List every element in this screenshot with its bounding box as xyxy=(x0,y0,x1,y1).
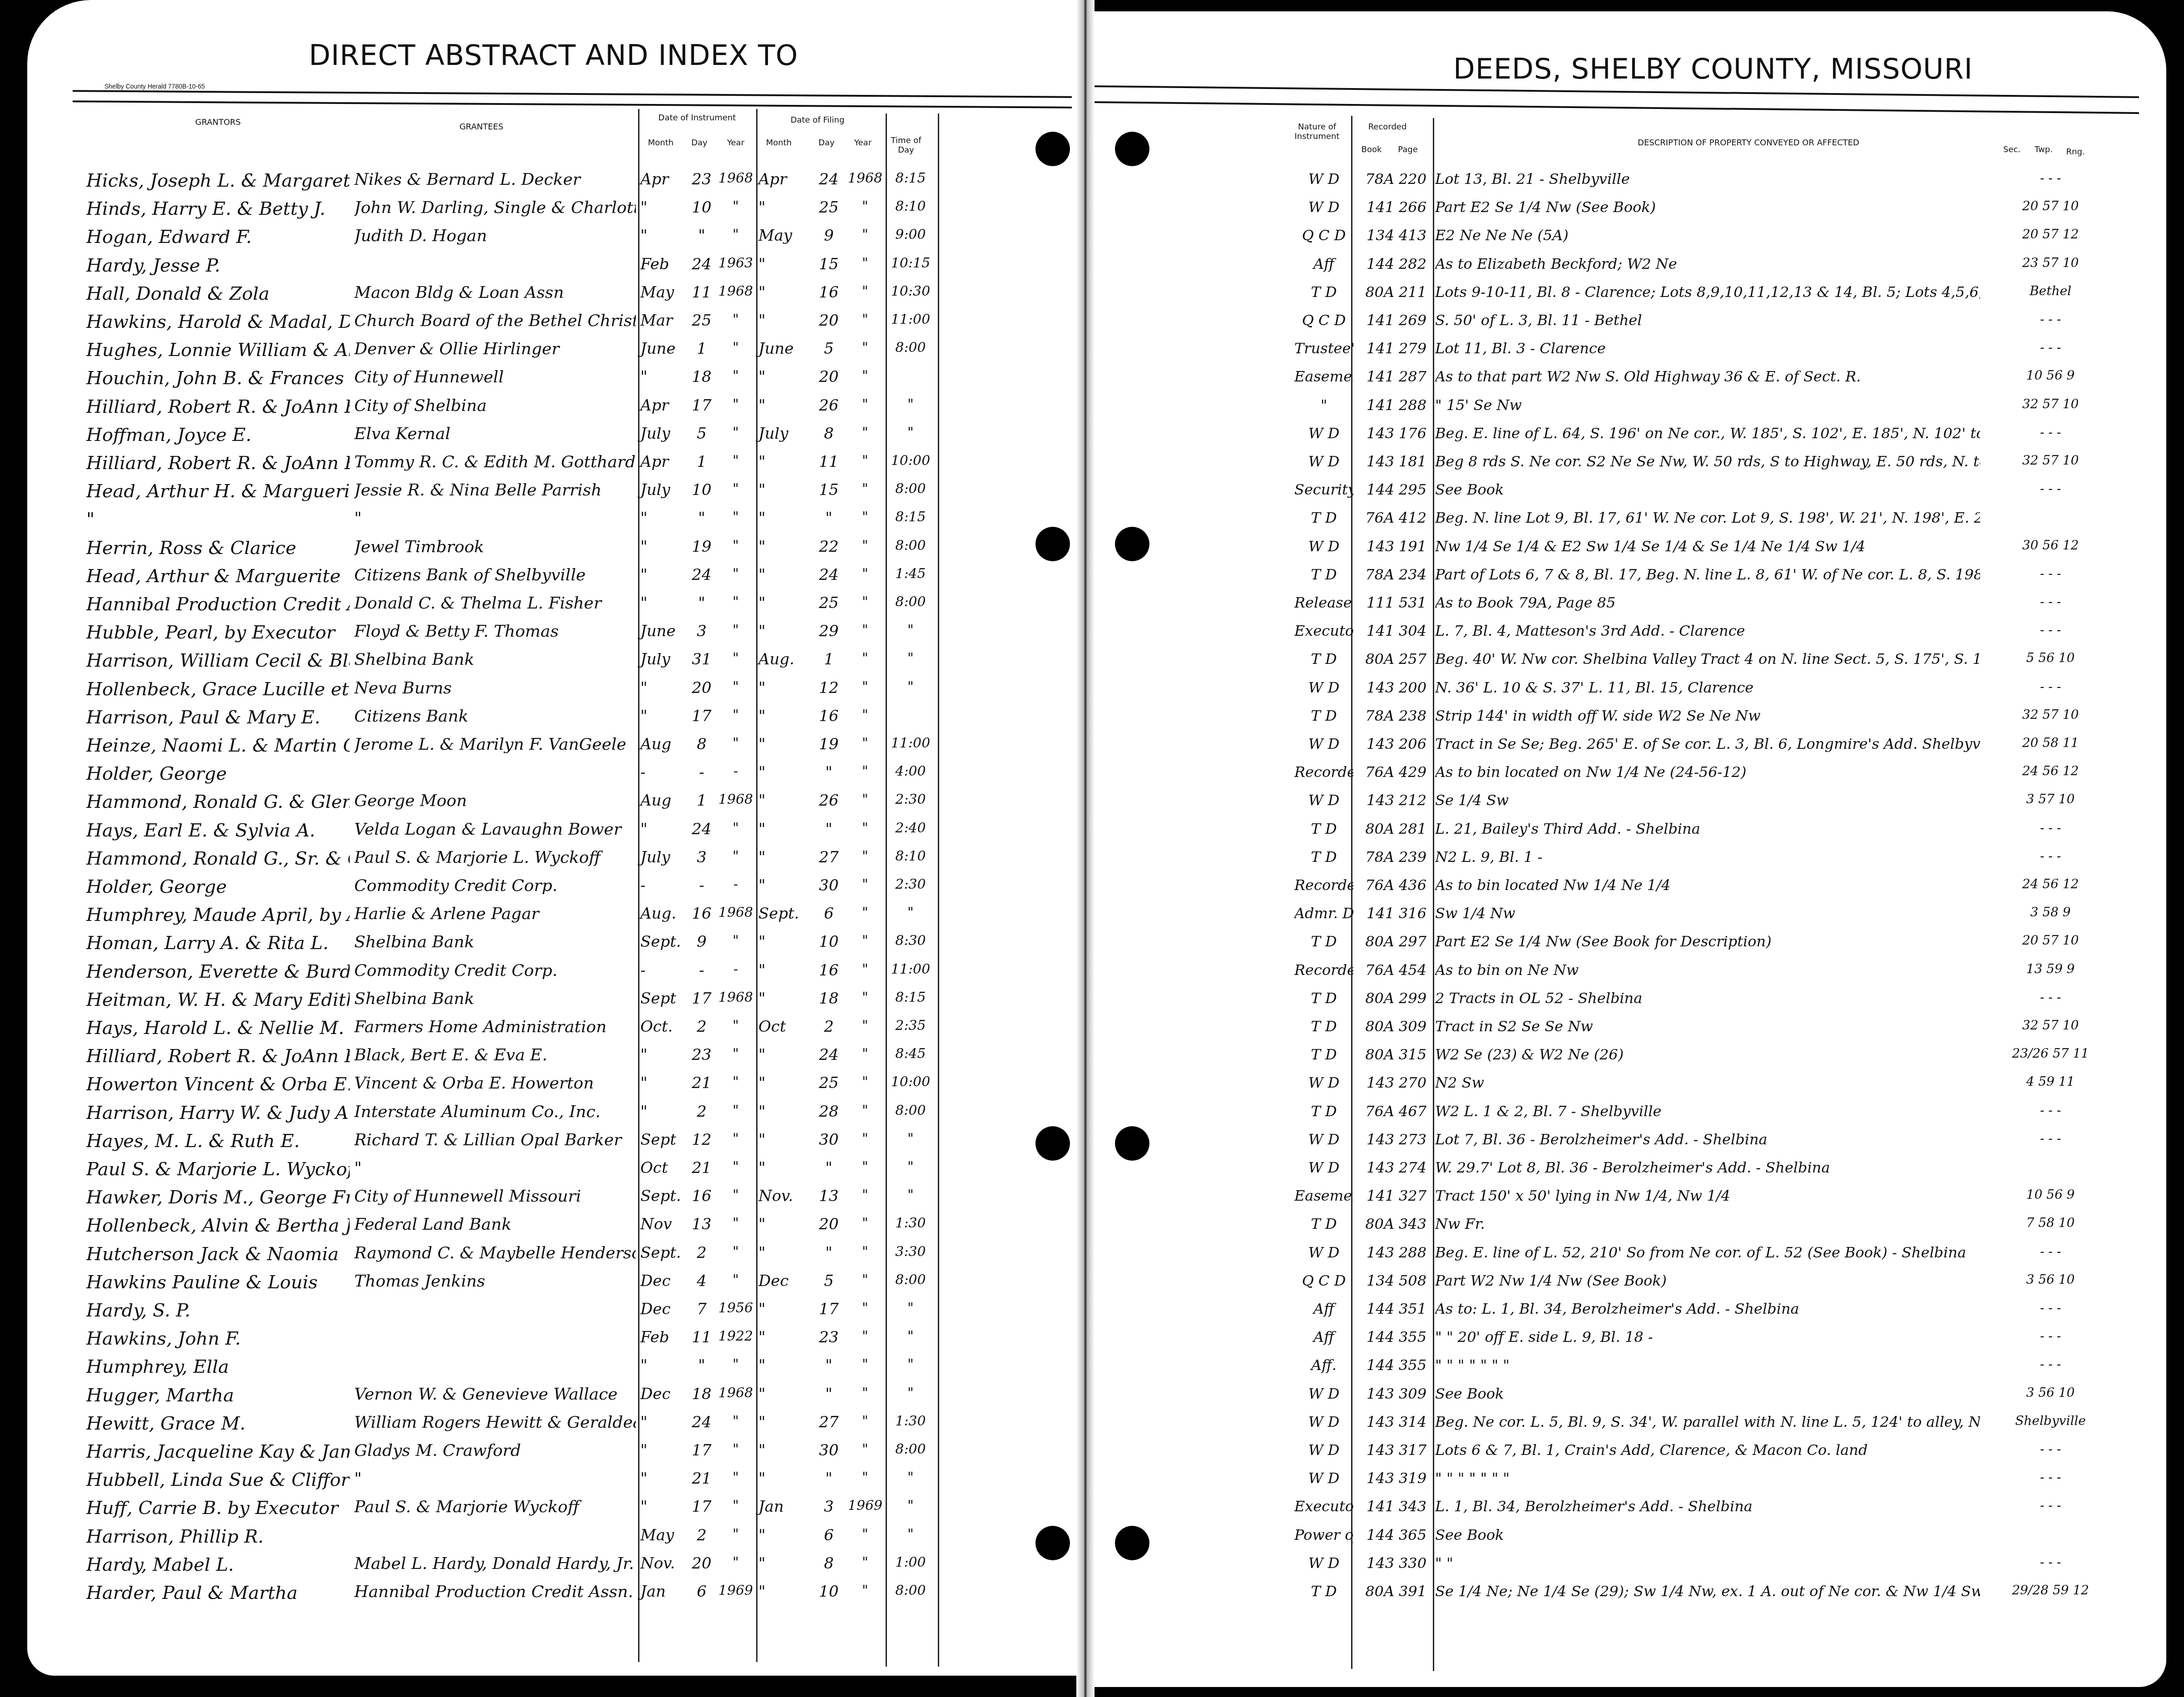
sec-twp-rng-cell: - - - xyxy=(1994,594,2107,609)
book-cell: 134 xyxy=(1356,227,1394,244)
instrument-year-cell: " xyxy=(718,679,754,695)
grantor-cell: Paul S. & Marjorie L. Wyckoff xyxy=(86,1159,350,1180)
filing-month-cell: Aug. xyxy=(758,650,808,668)
page-cell: 279 xyxy=(1399,340,1431,357)
filing-day-cell: 23 xyxy=(813,1328,845,1346)
instrument-month-cell: Feb xyxy=(640,255,681,273)
instrument-month-cell: - xyxy=(640,763,681,782)
grantee-cell: Black, Bert E. & Eva E. xyxy=(354,1046,636,1064)
book-cell: 143 xyxy=(1356,1074,1394,1091)
instrument-year-cell: " xyxy=(718,509,754,525)
filing-year-cell: " xyxy=(847,1328,883,1344)
time-of-day-cell: 10:00 xyxy=(888,1074,933,1090)
book-cell: 80A xyxy=(1356,1046,1394,1063)
instrument-day-cell: 1 xyxy=(686,792,718,810)
grantor-cell: Howerton Vincent & Orba E. xyxy=(86,1074,350,1095)
grantor-cell: Hardy, Jesse P. xyxy=(86,255,350,276)
grantee-cell: Commodity Credit Corp. xyxy=(354,876,636,895)
binder-hole xyxy=(1115,1526,1149,1560)
grantee-cell: Floyd & Betty F. Thomas xyxy=(354,622,636,641)
grantor-cell: Head, Arthur H. & Marguerite xyxy=(86,481,350,502)
instrument-year-cell: " xyxy=(718,1131,754,1147)
instrument-month-cell: - xyxy=(640,876,681,895)
grantor-cell: Hilliard, Robert R. & JoAnn E. xyxy=(86,453,350,474)
page-cell: 314 xyxy=(1399,1413,1431,1430)
nature-of-instrument-cell: T D xyxy=(1294,509,1353,526)
time-of-day-cell: 2:30 xyxy=(888,792,933,807)
filing-month-cell: " xyxy=(758,538,808,556)
description-cell: As to bin located on Nw 1/4 Ne (24-56-12… xyxy=(1435,763,1980,781)
time-of-day-cell: 8:45 xyxy=(888,1046,933,1062)
filing-year-cell: " xyxy=(847,368,883,384)
col-filing-day: Day xyxy=(813,139,840,148)
grantor-cell: Hollenbeck, Alvin & Bertha Jane xyxy=(86,1215,350,1236)
description-cell: Beg. Ne cor. L. 5, Bl. 9, S. 34', W. par… xyxy=(1435,1413,1980,1430)
filing-day-cell: 9 xyxy=(813,227,845,245)
time-of-day-cell: 8:00 xyxy=(888,1103,933,1118)
book-cell: 141 xyxy=(1356,198,1394,216)
book-cell: 144 xyxy=(1356,1300,1394,1317)
grantor-cell: Hollenbeck, Grace Lucille et al xyxy=(86,679,350,700)
nature-of-instrument-cell: T D xyxy=(1294,1046,1353,1063)
sec-twp-rng-cell: - - - xyxy=(1994,990,2107,1004)
page-cell: 454 xyxy=(1399,961,1431,979)
nature-of-instrument-cell: Easement xyxy=(1294,1187,1353,1204)
sec-twp-rng-cell: - - - xyxy=(1994,1300,2107,1315)
filing-month-cell: " xyxy=(758,707,808,725)
instrument-month-cell: Sept xyxy=(640,1131,681,1149)
description-cell: 2 Tracts in OL 52 - Shelbina xyxy=(1435,990,1980,1007)
description-cell: Lot 11, Bl. 3 - Clarence xyxy=(1435,340,1980,357)
time-of-day-cell: 1:00 xyxy=(888,1554,933,1570)
filing-day-cell: 24 xyxy=(813,1046,845,1064)
grantee-cell: Jerome L. & Marilyn F. VanGeele xyxy=(354,735,636,754)
filing-year-cell: " xyxy=(847,594,883,610)
page-cell: 412 xyxy=(1399,509,1431,526)
filing-day-cell: 15 xyxy=(813,481,845,499)
nature-of-instrument-cell: T D xyxy=(1294,707,1353,724)
grantee-cell: Richard T. & Lillian Opal Barker xyxy=(354,1131,636,1149)
filing-day-cell: 24 xyxy=(813,170,845,188)
page-cell: 220 xyxy=(1399,170,1431,188)
instrument-day-cell: 10 xyxy=(686,481,718,499)
description-cell: Beg. 40' W. Nw cor. Shelbina Valley Trac… xyxy=(1435,650,1980,668)
filing-year-cell: " xyxy=(847,1469,883,1485)
filing-month-cell: " xyxy=(758,679,808,697)
instrument-day-cell: 13 xyxy=(686,1215,718,1233)
grantee-cell: Vernon W. & Genevieve Wallace xyxy=(354,1385,636,1404)
filing-month-cell: July xyxy=(758,425,808,443)
grantee-cell: Velda Logan & Lavaughn Bower xyxy=(354,820,636,839)
instrument-year-cell: 1956 xyxy=(718,1300,754,1316)
nature-of-instrument-cell: T D xyxy=(1294,566,1353,583)
filing-day-cell: 27 xyxy=(813,1413,845,1431)
filing-year-cell: " xyxy=(847,1215,883,1231)
filing-year-cell: " xyxy=(847,198,883,214)
instrument-year-cell: 1968 xyxy=(718,792,754,807)
filing-day-cell: 17 xyxy=(813,1300,845,1318)
page-cell: 274 xyxy=(1399,1159,1431,1176)
instrument-year-cell: " xyxy=(718,933,754,949)
filing-month-cell: " xyxy=(758,1103,808,1121)
nature-of-instrument-cell: Admr. Deed xyxy=(1294,905,1353,922)
nature-of-instrument-cell: Aff xyxy=(1294,255,1353,272)
sec-twp-rng-cell: 5 56 10 xyxy=(1994,650,2107,665)
book-cell: 144 xyxy=(1356,255,1394,272)
grantee-cell: Nikes & Bernard L. Decker xyxy=(354,170,636,189)
page-cell: 351 xyxy=(1399,1300,1431,1317)
grantee-cell: Interstate Aluminum Co., Inc. xyxy=(354,1103,636,1121)
grantor-cell: Hammond, Ronald G., Sr. & Glenda xyxy=(86,848,350,869)
filing-month-cell: " xyxy=(758,1385,808,1403)
time-of-day-cell: 10:30 xyxy=(888,283,933,299)
grantee-cell: " xyxy=(354,1159,636,1178)
page-cell: 355 xyxy=(1399,1356,1431,1374)
instrument-year-cell: " xyxy=(718,227,754,242)
nature-of-instrument-cell: Aff xyxy=(1294,1328,1353,1346)
filing-day-cell: 8 xyxy=(813,425,845,443)
instrument-month-cell: July xyxy=(640,481,681,499)
instrument-year-cell: " xyxy=(718,566,754,582)
filing-year-cell: " xyxy=(847,820,883,836)
sec-twp-rng-cell: 4 59 11 xyxy=(1994,1074,2107,1089)
page-cell: 467 xyxy=(1399,1103,1431,1120)
book-cell: 143 xyxy=(1356,679,1394,696)
instrument-year-cell: " xyxy=(718,1356,754,1372)
description-cell: Lot 13, Bl. 21 - Shelbyville xyxy=(1435,170,1980,188)
description-cell: " " 20' off E. side L. 9, Bl. 18 - xyxy=(1435,1328,1980,1346)
time-of-day-cell: 2:40 xyxy=(888,820,933,836)
instrument-month-cell: " xyxy=(640,1074,681,1092)
time-of-day-cell: 4:00 xyxy=(888,763,933,779)
time-of-day-cell: 10:15 xyxy=(888,255,933,271)
filing-year-cell: " xyxy=(847,312,883,327)
book-cell: 143 xyxy=(1356,453,1394,470)
filing-month-cell: " xyxy=(758,1554,808,1573)
filing-month-cell: " xyxy=(758,990,808,1008)
book-cell: 76A xyxy=(1356,961,1394,979)
page-cell: 327 xyxy=(1399,1187,1431,1204)
grantee-cell: Denver & Ollie Hirlinger xyxy=(354,340,636,358)
sec-twp-rng-cell: 3 56 10 xyxy=(1994,1272,2107,1287)
instrument-day-cell: - xyxy=(686,763,718,782)
page-cell: 304 xyxy=(1399,622,1431,639)
description-cell: As to Book 79A, Page 85 xyxy=(1435,594,1980,611)
col-date-of-instrument: Date of Instrument xyxy=(640,114,754,123)
page-cell: 282 xyxy=(1399,255,1431,272)
instrument-day-cell: 17 xyxy=(686,990,718,1008)
instrument-month-cell: " xyxy=(640,1413,681,1431)
time-of-day-cell: " xyxy=(888,679,933,695)
instrument-day-cell: 12 xyxy=(686,1131,718,1149)
filing-month-cell: " xyxy=(758,622,808,640)
description-cell: See Book xyxy=(1435,1526,1980,1544)
filing-month-cell: " xyxy=(758,312,808,330)
col-date-of-filing: Date of Filing xyxy=(758,116,877,125)
filing-year-cell: " xyxy=(847,566,883,582)
grantee-cell: Vincent & Orba E. Howerton xyxy=(354,1074,636,1093)
page-cell: 299 xyxy=(1399,990,1431,1007)
filing-day-cell: 20 xyxy=(813,312,845,330)
filing-day-cell: " xyxy=(813,509,845,527)
grantor-cell: Hicks, Joseph L. & Margaret xyxy=(86,170,350,191)
filing-day-cell: 11 xyxy=(813,453,845,471)
grantee-cell: Shelbina Bank xyxy=(354,650,636,669)
nature-of-instrument-cell: Q C D xyxy=(1294,227,1353,244)
col-page: Page xyxy=(1392,145,1424,155)
column-divider xyxy=(886,114,887,1667)
instrument-month-cell: Apr xyxy=(640,453,681,471)
grantor-cell: Hardy, Mabel L. xyxy=(86,1554,350,1575)
nature-of-instrument-cell: Q C D xyxy=(1294,312,1353,329)
instrument-day-cell: 23 xyxy=(686,1046,718,1064)
filing-month-cell: June xyxy=(758,340,808,358)
filing-year-cell: " xyxy=(847,1526,883,1542)
instrument-year-cell: 1922 xyxy=(718,1328,754,1344)
filing-year-cell: " xyxy=(847,1413,883,1429)
instrument-year-cell: " xyxy=(718,340,754,356)
nature-of-instrument-cell: W D xyxy=(1294,170,1353,188)
filing-month-cell: " xyxy=(758,848,808,866)
filing-year-cell: 1968 xyxy=(847,170,883,186)
filing-month-cell: " xyxy=(758,1244,808,1262)
description-cell: Beg. N. line Lot 9, Bl. 17, 61' W. Ne co… xyxy=(1435,509,1980,526)
page-cell: 309 xyxy=(1399,1018,1431,1035)
description-cell: Se 1/4 Ne; Ne 1/4 Se (29); Sw 1/4 Nw, ex… xyxy=(1435,1583,1980,1600)
filing-month-cell: " xyxy=(758,735,808,753)
description-cell: Part W2 Nw 1/4 Nw (See Book) xyxy=(1435,1272,1980,1289)
book-cell: 141 xyxy=(1356,340,1394,357)
sec-twp-rng-cell: 7 58 10 xyxy=(1994,1215,2107,1230)
page-cell: 269 xyxy=(1399,312,1431,329)
time-of-day-cell: 2:30 xyxy=(888,876,933,892)
sec-twp-rng-cell: - - - xyxy=(1994,679,2107,694)
filing-month-cell: " xyxy=(758,1328,808,1346)
time-of-day-cell: 8:15 xyxy=(888,170,933,186)
col-nature-of-instrument: Nature of Instrument xyxy=(1288,123,1347,141)
grantor-cell: Hughes, Lonnie William & Alma A., by Tru… xyxy=(86,340,350,361)
instrument-day-cell: 2 xyxy=(686,1526,718,1544)
instrument-day-cell: 3 xyxy=(686,848,718,866)
description-cell: Part E2 Se 1/4 Nw (See Book for Descript… xyxy=(1435,933,1980,950)
book-cell: 134 xyxy=(1356,1272,1394,1289)
grantor-cell: Henderson, Everette & Burdette xyxy=(86,961,350,982)
instrument-day-cell: " xyxy=(686,1356,718,1375)
grantor-cell: Hewitt, Grace M. xyxy=(86,1413,350,1434)
description-cell: L. 7, Bl. 4, Matteson's 3rd Add. - Clare… xyxy=(1435,622,1980,639)
filing-month-cell: " xyxy=(758,1413,808,1431)
grantor-cell: Heinze, Naomi L. & Martin C. xyxy=(86,735,350,756)
filing-month-cell: May xyxy=(758,227,808,245)
grantor-cell: Hannibal Production Credit Assn xyxy=(86,594,350,615)
instrument-month-cell: July xyxy=(640,650,681,668)
instrument-month-cell: Oct xyxy=(640,1159,681,1177)
grantee-cell: Hannibal Production Credit Assn. xyxy=(354,1583,636,1601)
instrument-day-cell: 10 xyxy=(686,198,718,217)
instrument-month-cell: Dec xyxy=(640,1385,681,1403)
book-cell: 141 xyxy=(1356,1187,1394,1204)
binder-hole xyxy=(1035,1526,1070,1560)
instrument-year-cell: 1968 xyxy=(718,1385,754,1401)
sec-twp-rng-cell: 32 57 10 xyxy=(1994,1018,2107,1033)
nature-of-instrument-cell: T D xyxy=(1294,1215,1353,1232)
instrument-year-cell: " xyxy=(718,1554,754,1570)
time-of-day-cell: 8:00 xyxy=(888,1272,933,1288)
grantor-cell: Hubble, Pearl, by Executor xyxy=(86,622,350,643)
nature-of-instrument-cell: Aff. xyxy=(1294,1356,1353,1374)
instrument-year-cell: " xyxy=(718,538,754,554)
nature-of-instrument-cell: Aff xyxy=(1294,1300,1353,1317)
sec-twp-rng-cell: 30 56 12 xyxy=(1994,538,2107,553)
description-cell: L. 21, Bailey's Third Add. - Shelbina xyxy=(1435,820,1980,837)
instrument-day-cell: " xyxy=(686,509,718,527)
grantee-cell: Church Board of the Bethel Christian Chu… xyxy=(354,312,636,330)
instrument-month-cell: " xyxy=(640,707,681,725)
filing-year-cell: " xyxy=(847,1046,883,1062)
instrument-month-cell: " xyxy=(640,227,681,245)
description-cell: Lots 6 & 7, Bl. 1, Crain's Add, Clarence… xyxy=(1435,1441,1980,1459)
instrument-month-cell: " xyxy=(640,509,681,527)
instrument-month-cell: " xyxy=(640,198,681,217)
sec-twp-rng-cell: 32 57 10 xyxy=(1994,396,2107,411)
filing-month-cell: " xyxy=(758,1441,808,1460)
instrument-month-cell: " xyxy=(640,594,681,612)
filing-month-cell: " xyxy=(758,1583,808,1601)
nature-of-instrument-cell: W D xyxy=(1294,425,1353,442)
binder-hole xyxy=(1035,1126,1070,1161)
grantee-cell: Macon Bldg & Loan Assn xyxy=(354,283,636,302)
grantor-cell: Houchin, John B. & Frances L. xyxy=(86,368,350,389)
nature-of-instrument-cell: T D xyxy=(1294,1103,1353,1120)
sec-twp-rng-cell: - - - xyxy=(1994,1469,2107,1484)
instrument-year-cell: " xyxy=(718,1413,754,1429)
grantor-cell: Hutcherson Jack & Naomia xyxy=(86,1244,350,1265)
time-of-day-cell: " xyxy=(888,1385,933,1401)
book-cell: 141 xyxy=(1356,905,1394,922)
instrument-year-cell: " xyxy=(718,453,754,469)
instrument-month-cell: " xyxy=(640,538,681,556)
description-cell: Tract in S2 Se Se Nw xyxy=(1435,1018,1980,1035)
book-cell: 141 xyxy=(1356,368,1394,385)
grantor-cell: Hays, Earl E. & Sylvia A. xyxy=(86,820,350,841)
book-cell: 80A xyxy=(1356,1583,1394,1600)
col-recorded: Recorded xyxy=(1353,123,1421,132)
filing-year-cell: " xyxy=(847,933,883,949)
grantor-cell: Homan, Larry A. & Rita L. xyxy=(86,933,350,954)
filing-day-cell: " xyxy=(813,1159,845,1177)
instrument-month-cell: " xyxy=(640,1103,681,1121)
instrument-month-cell: Nov xyxy=(640,1215,681,1233)
sec-twp-rng-cell: 24 56 12 xyxy=(1994,763,2107,778)
column-divider xyxy=(1433,118,1434,1671)
page-cell: 316 xyxy=(1399,905,1431,922)
grantee-cell: Commodity Credit Corp. xyxy=(354,961,636,980)
nature-of-instrument-cell: Power of Attorney xyxy=(1294,1526,1353,1544)
instrument-month-cell: Feb xyxy=(640,1328,681,1346)
description-cell: W2 Se (23) & W2 Ne (26) xyxy=(1435,1046,1980,1063)
instrument-day-cell: 20 xyxy=(686,679,718,697)
grantee-cell: George Moon xyxy=(354,792,636,810)
instrument-day-cell: 3 xyxy=(686,622,718,640)
page-cell: 309 xyxy=(1399,1385,1431,1402)
time-of-day-cell: " xyxy=(888,650,933,666)
grantor-cell: Hawkins Pauline & Louis xyxy=(86,1272,350,1293)
time-of-day-cell: " xyxy=(888,396,933,412)
filing-month-cell: " xyxy=(758,1215,808,1233)
instrument-month-cell: Apr xyxy=(640,170,681,188)
binder-hole xyxy=(1115,132,1149,166)
sec-twp-rng-cell: 32 57 10 xyxy=(1994,453,2107,468)
nature-of-instrument-cell: W D xyxy=(1294,1554,1353,1572)
filing-day-cell: 26 xyxy=(813,792,845,810)
time-of-day-cell: 8:15 xyxy=(888,509,933,525)
instrument-year-cell: - xyxy=(718,876,754,892)
time-of-day-cell: " xyxy=(888,1300,933,1316)
grantor-cell: Hawkins, Harold & Madal, Dewey & Viola -… xyxy=(86,312,350,332)
grantee-cell: Neva Burns xyxy=(354,679,636,698)
grantor-cell: Hinds, Harry E. & Betty J. xyxy=(86,198,350,219)
filing-month-cell: " xyxy=(758,283,808,302)
instrument-year-cell: 1968 xyxy=(718,170,754,186)
instrument-year-cell: " xyxy=(718,1159,754,1175)
grantee-cell: Citizens Bank of Shelbyville xyxy=(354,566,636,584)
grantor-cell: Hays, Harold L. & Nellie M. xyxy=(86,1018,350,1039)
grantee-cell: Shelbina Bank xyxy=(354,933,636,951)
instrument-year-cell: " xyxy=(718,1441,754,1457)
grantee-cell: Federal Land Bank xyxy=(354,1215,636,1234)
description-cell: " " " " " " " xyxy=(1435,1469,1980,1487)
book-cell: 143 xyxy=(1356,1244,1394,1261)
filing-day-cell: 25 xyxy=(813,1074,845,1092)
nature-of-instrument-cell: Recorded Financing Statement xyxy=(1294,763,1353,781)
instrument-day-cell: 19 xyxy=(686,538,718,556)
filing-year-cell: " xyxy=(847,255,883,271)
instrument-day-cell: 20 xyxy=(686,1554,718,1573)
filing-month-cell: " xyxy=(758,453,808,471)
time-of-day-cell: " xyxy=(888,1159,933,1175)
description-cell: W. 29.7' Lot 8, Bl. 36 - Berolzheimer's … xyxy=(1435,1159,1980,1176)
sec-twp-rng-cell: 20 57 10 xyxy=(1994,933,2107,948)
instrument-year-cell: " xyxy=(718,848,754,864)
book-cell: 80A xyxy=(1356,820,1394,837)
page-cell: 315 xyxy=(1399,1046,1431,1063)
book-cell: 141 xyxy=(1356,312,1394,329)
description-cell: Tract 150' x 50' lying in Nw 1/4, Nw 1/4 xyxy=(1435,1187,1980,1204)
time-of-day-cell: 2:35 xyxy=(888,1018,933,1034)
instrument-year-cell: " xyxy=(718,425,754,440)
instrument-day-cell: 11 xyxy=(686,283,718,302)
nature-of-instrument-cell: T D xyxy=(1294,990,1353,1007)
filing-month-cell: " xyxy=(758,1300,808,1318)
time-of-day-cell: 3:30 xyxy=(888,1244,933,1260)
filing-year-cell: " xyxy=(847,707,883,723)
filing-year-cell: " xyxy=(847,1103,883,1118)
filing-month-cell: " xyxy=(758,396,808,415)
description-cell: W2 L. 1 & 2, Bl. 7 - Shelbyville xyxy=(1435,1103,1980,1120)
description-cell: " 15' Se Nw xyxy=(1435,396,1980,414)
book-cell: 144 xyxy=(1356,481,1394,498)
page-cell: 531 xyxy=(1399,594,1431,611)
printer-imprint: Shelby County Herald 7780B-10-65 xyxy=(104,83,205,90)
book-cell: 80A xyxy=(1356,283,1394,301)
filing-day-cell: 15 xyxy=(813,255,845,273)
sec-twp-rng-cell: 20 57 10 xyxy=(1994,198,2107,213)
instrument-year-cell: " xyxy=(718,1046,754,1062)
binder-hole xyxy=(1035,527,1070,561)
description-cell: As to: L. 1, Bl. 34, Berolzheimer's Add.… xyxy=(1435,1300,1980,1317)
sec-twp-rng-cell: 29/28 59 12 xyxy=(1994,1583,2107,1598)
instrument-year-cell: " xyxy=(718,1074,754,1090)
